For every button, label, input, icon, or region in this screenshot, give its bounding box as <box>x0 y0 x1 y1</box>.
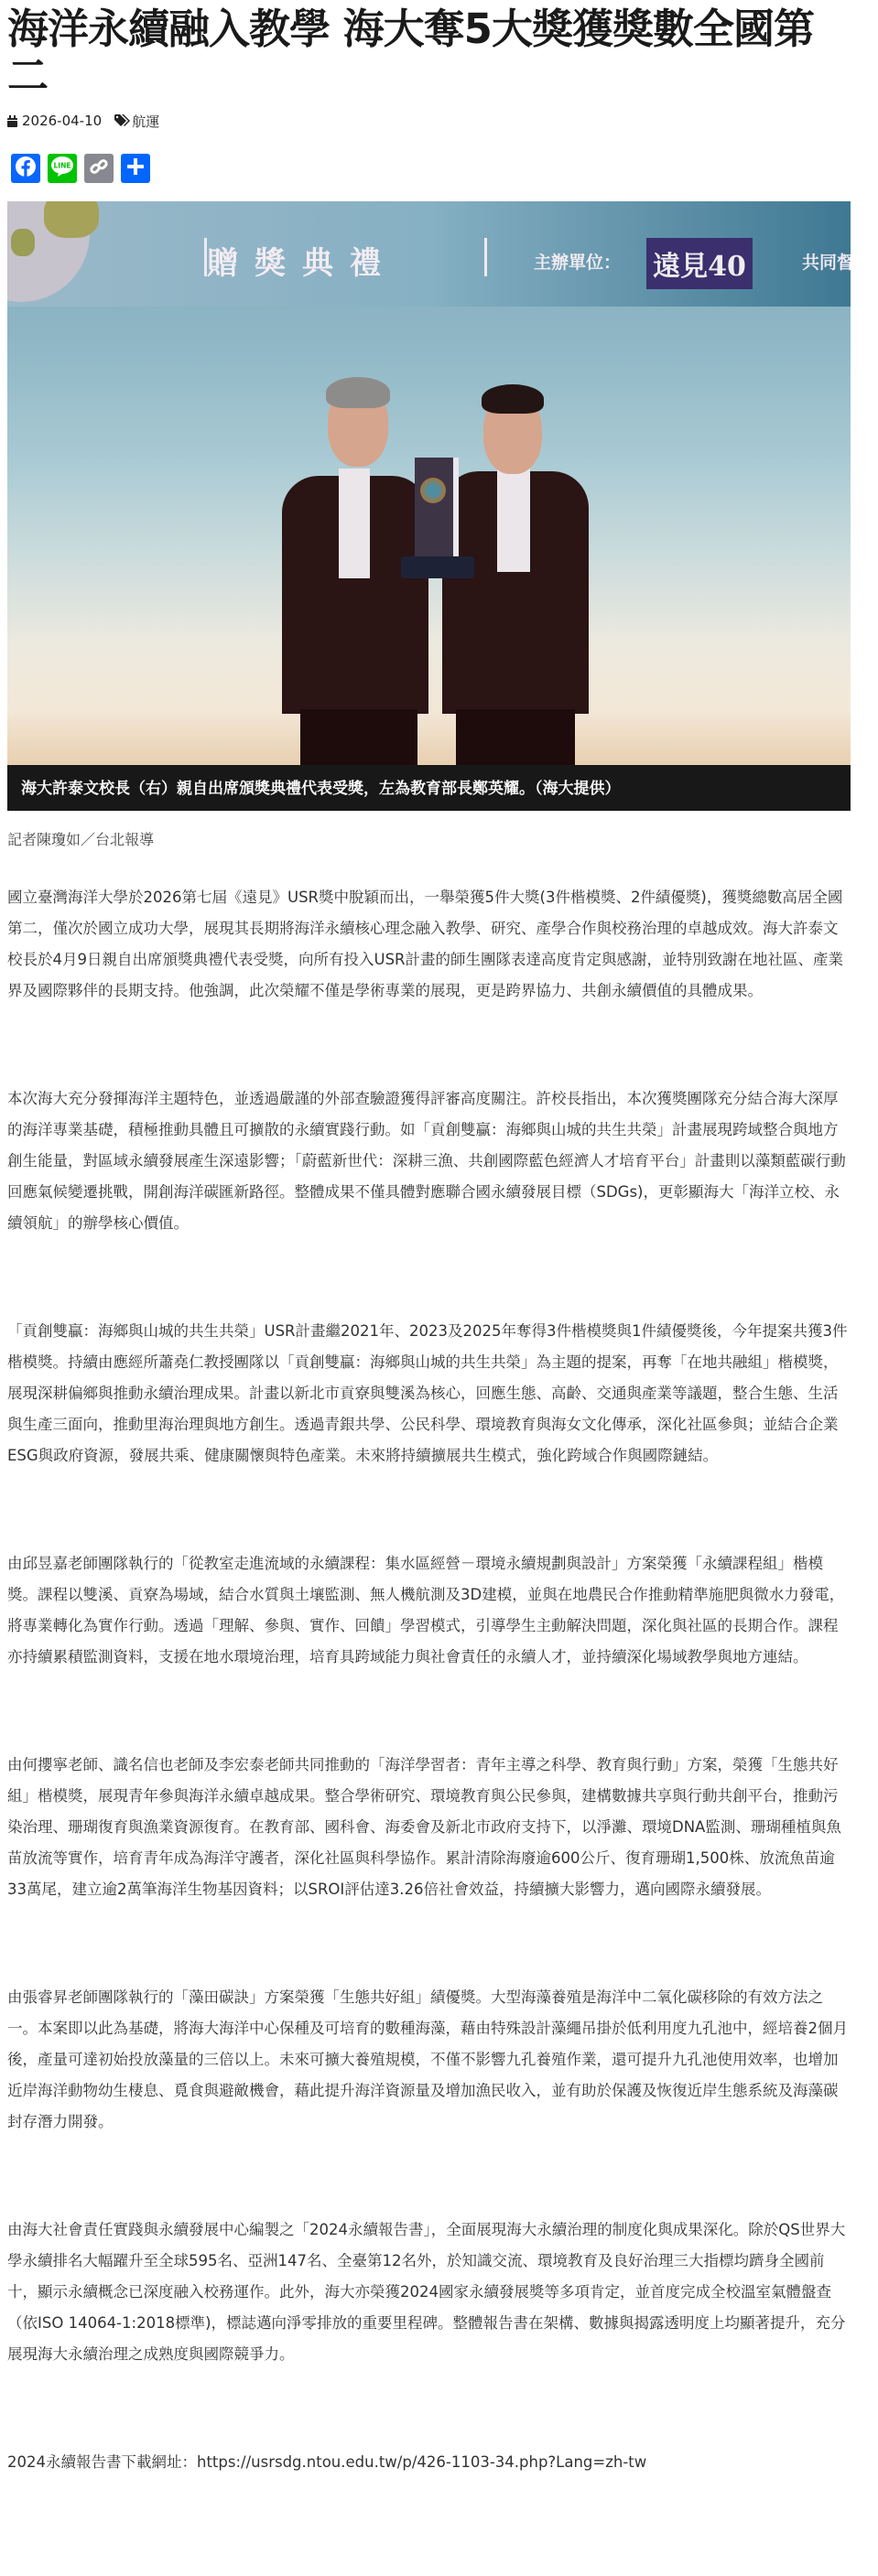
photo-caption: 海大許泰文校長（右）親自出席頒獎典禮代表受獎，左為教育部長鄭英耀。（海大提供） <box>7 765 851 811</box>
byline: 記者陳瓊如／台北報導 <box>7 829 851 851</box>
banner-host-label: 主辦單位： <box>534 249 621 274</box>
paragraph: 由何攖寧老師、識名信也老師及李宏泰老師共同推動的「海洋學習者：青年主導之科學、教… <box>7 1750 851 1905</box>
article-figure: 贈獎典禮 主辦單位： 遠見40 共同督 <box>7 201 851 811</box>
svg-text:LINE: LINE <box>54 162 71 170</box>
article-title: 海洋永續融入教學 海大奪5大獎獲獎數全國第二 <box>7 0 851 99</box>
tags-icon <box>114 114 132 127</box>
decor-moss <box>11 229 35 256</box>
banner-divider <box>484 238 487 276</box>
download-paragraph: 2024永續報告書下載網址：https://usrsdg.ntou.edu.tw… <box>7 2447 851 2478</box>
decor-moss <box>44 201 99 238</box>
banner-co-label: 共同督 <box>802 249 851 274</box>
award-trophy <box>415 458 459 558</box>
share-buttons: LINE <box>7 154 851 183</box>
share-more-button[interactable] <box>121 154 150 183</box>
banner-logo: 遠見40 <box>646 238 753 289</box>
paragraph: 本次海大充分發揮海洋主題特色，並透過嚴謹的外部查驗證獲得評審高度關注。許校長指出… <box>7 1083 851 1239</box>
link-icon <box>89 156 109 180</box>
award-ceremony-photo: 贈獎典禮 主辦單位： 遠見40 共同督 <box>7 201 851 765</box>
copy-link-button[interactable] <box>84 154 114 183</box>
category-tag[interactable]: 航運 <box>114 112 159 131</box>
calendar-icon <box>7 115 22 127</box>
trophy-base <box>401 556 474 578</box>
banner-ceremony-text: 贈獎典禮 <box>207 238 397 283</box>
plus-icon <box>126 157 145 179</box>
paragraph: 國立臺灣海洋大學於2026第七屆《遠見》USR獎中脫穎而出，一舉榮獲5件大獎(3… <box>7 882 851 1007</box>
article: 海洋永續融入教學 海大奪5大獎獲獎數全國第二 2026-04-10 <box>0 0 858 2478</box>
line-icon: LINE <box>50 156 74 181</box>
download-label: 2024永續報告書下載網址： <box>7 2453 197 2471</box>
facebook-share-button[interactable] <box>11 154 40 183</box>
date-text: 2026-04-10 <box>22 113 102 129</box>
paragraph: 由海大社會責任實踐與永續發展中心編製之「2024永續報告書」，全面展現海大永續治… <box>7 2215 851 2370</box>
facebook-icon <box>15 156 37 181</box>
article-meta: 2026-04-10 航運 <box>7 112 851 130</box>
report-download-link[interactable]: https://usrsdg.ntou.edu.tw/p/426-1103-34… <box>197 2453 646 2471</box>
publish-date: 2026-04-10 <box>7 113 102 129</box>
paragraph: 由邱昱嘉老師團隊執行的「從教室走進流域的永續課程：集水區經營－環境永續規劃與設計… <box>7 1548 851 1673</box>
category-text[interactable]: 航運 <box>132 112 159 131</box>
paragraph: 「貢創雙贏：海鄉與山城的共生共榮」USR計畫繼2021年、2023及2025年奪… <box>7 1316 851 1471</box>
line-share-button[interactable]: LINE <box>48 154 77 183</box>
paragraph: 由張睿昇老師團隊執行的「藻田碳訣」方案榮獲「生態共好組」績優獎。大型海藻養殖是海… <box>7 1982 851 2138</box>
